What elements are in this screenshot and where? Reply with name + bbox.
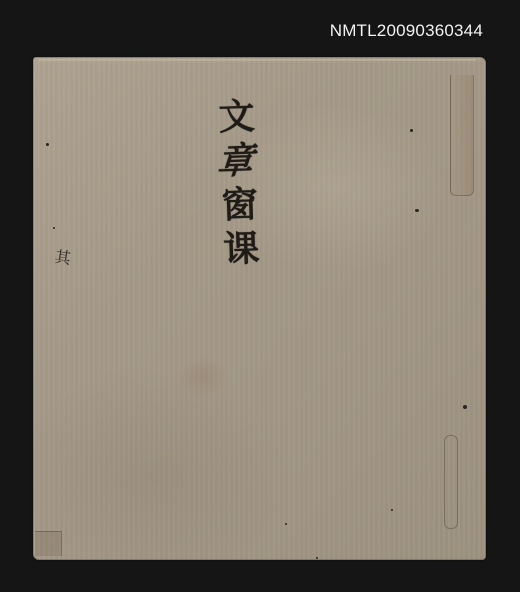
title-char-4: 课 — [223, 226, 261, 271]
ink-speck — [415, 209, 419, 212]
ink-speck — [391, 509, 393, 511]
ink-speck — [46, 143, 49, 146]
photo-frame: NMTL20090360344 文 章 窗 课 其 — [0, 0, 520, 592]
title-char-2: 章 — [213, 138, 263, 184]
cover-top-edge — [39, 59, 476, 61]
side-ink-mark: 其 — [53, 244, 72, 269]
binding-fold-top — [450, 75, 474, 196]
catalog-id-label: NMTL20090360344 — [330, 21, 483, 41]
handwritten-title: 文 章 窗 课 — [208, 94, 270, 272]
ink-speck — [285, 523, 287, 525]
ink-speck — [316, 557, 318, 559]
title-char-3: 窗 — [221, 182, 259, 227]
title-char-1: 文 — [218, 94, 256, 139]
ink-speck — [53, 227, 55, 229]
ink-speck — [410, 129, 413, 132]
binding-fold-bottom — [444, 435, 458, 529]
book-cover: 文 章 窗 课 其 — [33, 57, 486, 560]
worn-corner — [35, 531, 62, 556]
ink-speck — [463, 405, 467, 409]
